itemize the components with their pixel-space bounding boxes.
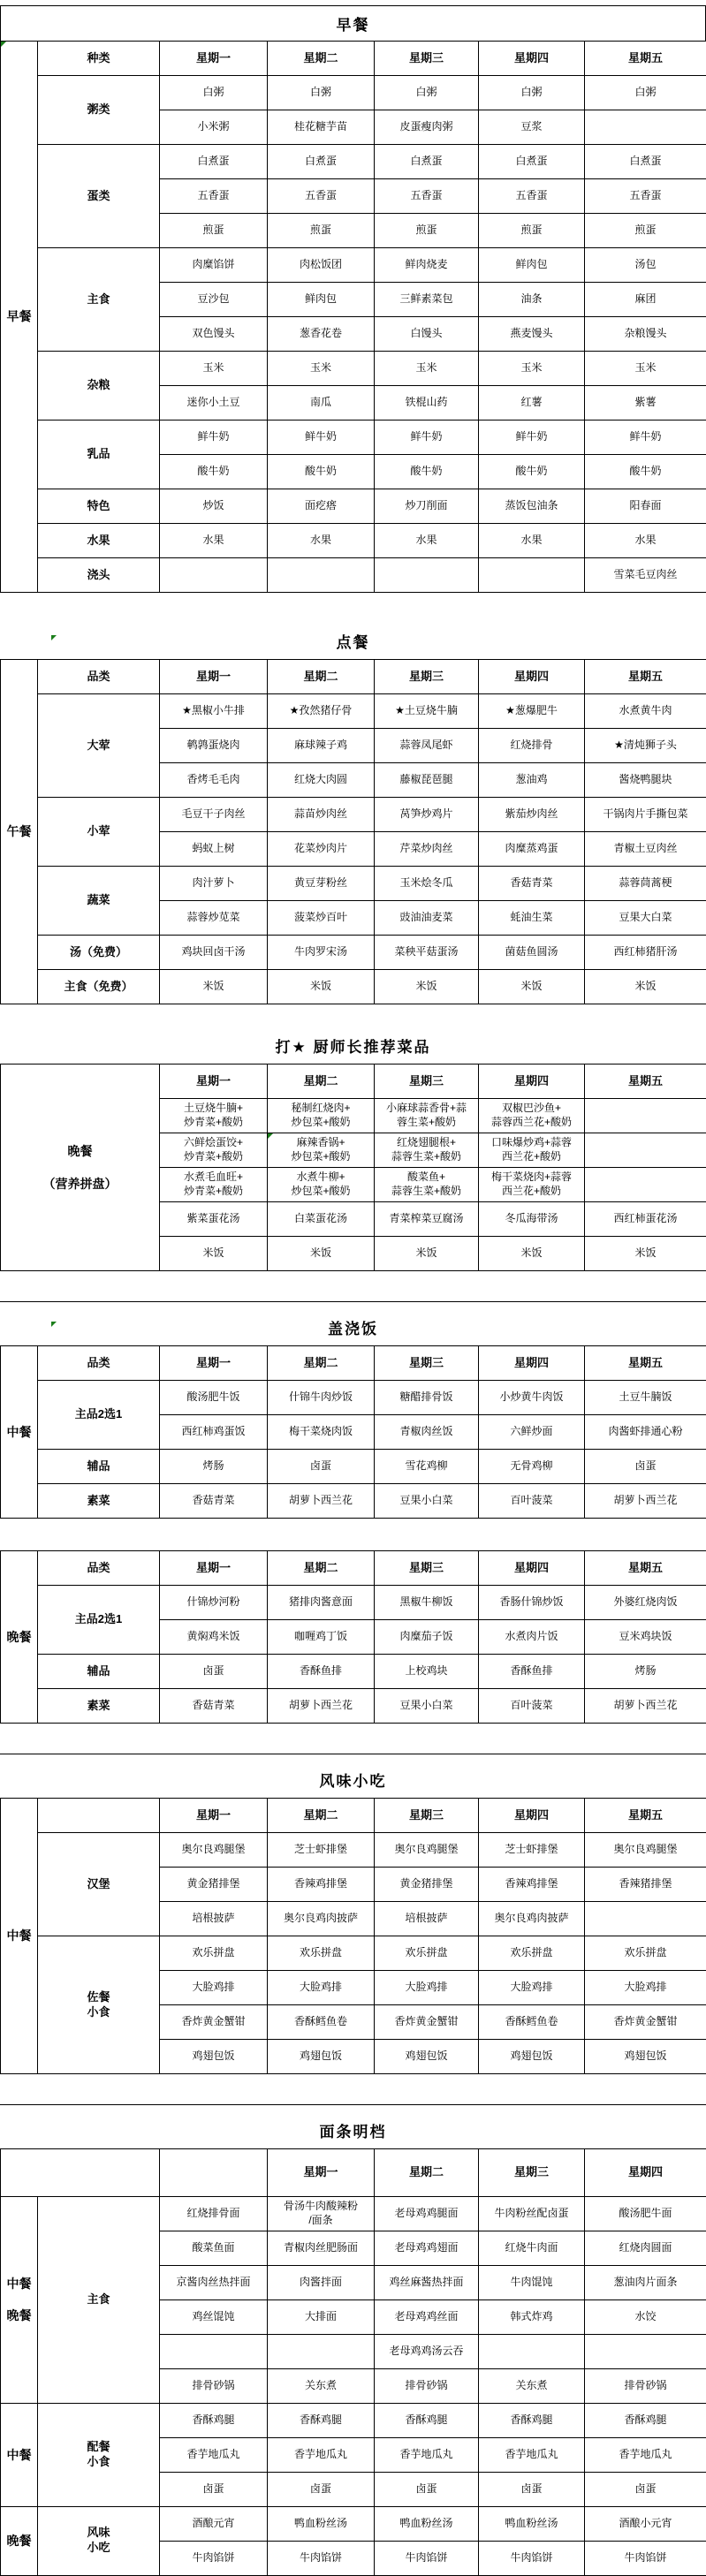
menu-item-cell: 香菇青菜 [160, 1689, 268, 1724]
menu-item-cell: 油条 [479, 283, 585, 317]
category-label: 配餐 小食 [38, 2403, 160, 2506]
menu-item-cell: 鸡块回卤干汤 [160, 936, 268, 970]
menu-item-cell: 汤包 [585, 248, 706, 283]
menu-item-cell [268, 558, 375, 593]
section-divider [0, 1754, 706, 1754]
menu-item-cell: 毛豆干子肉丝 [160, 798, 268, 832]
menu-item-cell: 欢乐拼盘 [160, 1936, 268, 1971]
category-label: 主食 [38, 2196, 160, 2403]
category-label: 汤（免费） [38, 936, 160, 970]
section-title-noodles: 面条明档 [0, 2112, 706, 2148]
menu-item-cell: 秘制红烧肉+ 炒包菜+酸奶 [268, 1099, 375, 1133]
menu-item-cell: 梅干菜烧肉+蒜蓉 西兰花+酸奶 [479, 1168, 585, 1202]
menu-item-cell: 香酥鳕鱼卷 [479, 2005, 585, 2040]
menu-item-cell: 香炸黄金蟹钳 [375, 2005, 479, 2040]
menu-table-breakfast: 早餐种类星期一星期二星期三星期四星期五粥类白粥白粥白粥白粥白粥小米粥桂花糖芋苗皮… [0, 41, 706, 593]
menu-item-cell: 卤蛋 [268, 1450, 375, 1484]
menu-item-cell: 西红柿鸡蛋饭 [160, 1415, 268, 1450]
menu-item-cell: 肉糜馅饼 [160, 248, 268, 283]
menu-item-cell: 白煮蛋 [375, 145, 479, 179]
day-header: 星期四 [479, 42, 585, 76]
menu-item-cell: 豆米鸡块饭 [585, 1620, 706, 1655]
category-header [38, 1799, 160, 1833]
table-row: 辅品烤肠卤蛋雪花鸡柳无骨鸡柳卤蛋 [1, 1450, 706, 1484]
menu-item-cell: 外婆红烧肉饭 [585, 1586, 706, 1620]
menu-item-cell: 肉酱虾排通心粉 [585, 1415, 706, 1450]
menu-item-cell: 迷你小土豆 [160, 386, 268, 420]
menu-item-cell: 米饭 [585, 1237, 706, 1271]
table-row: 佐餐 小食欢乐拼盘欢乐拼盘欢乐拼盘欢乐拼盘欢乐拼盘 [1, 1936, 706, 1971]
menu-table-gaijiaofan-lunch: 中餐品类星期一星期二星期三星期四星期五主品2选1酸汤肥牛饭什锦牛肉炒饭糖醋排骨饭… [0, 1345, 706, 1519]
table-row: 主食（免费）米饭米饭米饭米饭米饭 [1, 970, 706, 1004]
menu-item-cell [479, 558, 585, 593]
category-header: 种类 [38, 42, 160, 76]
menu-item-cell: 香酥鱼排 [479, 1655, 585, 1689]
menu-item-cell: 糖醋排骨饭 [375, 1381, 479, 1415]
menu-table-chef-recommend: 晚餐 （营养拼盘）星期一星期二星期三星期四星期五土豆烧牛腩+ 炒青菜+酸奶秘制红… [0, 1064, 706, 1271]
category-label: 乳品 [38, 420, 160, 489]
menu-item-cell: 老母鸡鸡腿面 [375, 2196, 479, 2231]
table-row: 杂粮玉米玉米玉米玉米玉米 [1, 352, 706, 386]
day-header: 星期四 [479, 660, 585, 694]
menu-item-cell: 鸡翅包饭 [160, 2040, 268, 2074]
menu-item-cell: 麻球辣子鸡 [268, 729, 375, 763]
menu-item-cell: 奥尔良鸡肉披萨 [479, 1902, 585, 1936]
menu-item-cell: 豆果小白菜 [375, 1689, 479, 1724]
menu-item-cell: 卤蛋 [160, 2472, 268, 2506]
menu-item-cell: 牛肉馅饼 [585, 2541, 706, 2575]
menu-item-cell: 酸汤肥牛饭 [160, 1381, 268, 1415]
menu-item-cell: 白煮蛋 [585, 145, 706, 179]
menu-item-cell: 香炸黄金蟹钳 [585, 2005, 706, 2040]
menu-item-cell: 米饭 [479, 970, 585, 1004]
menu-item-cell: 香酥鸡腿 [375, 2403, 479, 2437]
day-header: 星期三 [375, 1551, 479, 1586]
menu-item-cell: 麻辣香锅+ 炒包菜+酸奶 [268, 1133, 375, 1168]
table-row: 主品2选1酸汤肥牛饭什锦牛肉炒饭糖醋排骨饭小炒黄牛肉饭土豆牛腩饭 [1, 1381, 706, 1415]
menu-item-cell: 六鲜炒面 [479, 1415, 585, 1450]
table-row: 浇头雪菜毛豆肉丝 [1, 558, 706, 593]
menu-item-cell: 培根披萨 [375, 1902, 479, 1936]
table-header-row: 中餐品类星期一星期二星期三星期四星期五 [1, 1346, 706, 1381]
menu-item-cell: ★黑椒小牛排 [160, 694, 268, 729]
menu-item-cell: 紫薯 [585, 386, 706, 420]
menu-item-cell: 水果 [160, 524, 268, 558]
menu-item-cell: 米饭 [585, 970, 706, 1004]
day-header: 星期二 [268, 660, 375, 694]
category-label: 粥类 [38, 76, 160, 145]
menu-item-cell [375, 558, 479, 593]
menu-item-cell: 香辣鸡排堡 [479, 1868, 585, 1902]
menu-item-cell: 五香蛋 [375, 179, 479, 214]
day-header: 星期二 [375, 2149, 479, 2197]
menu-item-cell: 玉米 [160, 352, 268, 386]
header-spacer [1, 2149, 160, 2197]
menu-item-cell: 卤蛋 [585, 1450, 706, 1484]
menu-item-cell: 鲜肉烧麦 [375, 248, 479, 283]
category-label: 汉堡 [38, 1833, 160, 1936]
menu-item-cell: 煎蛋 [160, 214, 268, 248]
table-row: 辅品卤蛋香酥鱼排上校鸡块香酥鱼排烤肠 [1, 1655, 706, 1689]
menu-item-cell: 百叶菠菜 [479, 1484, 585, 1519]
table-row: 素菜香菇青菜胡萝卜西兰花豆果小白菜百叶菠菜胡萝卜西兰花 [1, 1689, 706, 1724]
menu-item-cell: 莴笋炒鸡片 [375, 798, 479, 832]
meal-label: 中餐 [1, 1799, 38, 2074]
category-label: 辅品 [38, 1655, 160, 1689]
day-header: 星期五 [585, 1551, 706, 1586]
menu-item-cell: 鹌鹑蛋烧肉 [160, 729, 268, 763]
table-row: 乳品鲜牛奶鲜牛奶鲜牛奶鲜牛奶鲜牛奶 [1, 420, 706, 455]
menu-item-cell [268, 2334, 375, 2368]
menu-item-cell: 青椒土豆肉丝 [585, 832, 706, 867]
section-chef-recommend: 打★ 厨师长推荐菜品晚餐 （营养拼盘）星期一星期二星期三星期四星期五土豆烧牛腩+… [0, 1027, 706, 1271]
menu-item-cell: 玉米 [479, 352, 585, 386]
section-title-snacks: 风味小吃 [0, 1762, 706, 1798]
meal-label: 午餐 [1, 660, 38, 1004]
menu-item-cell: 鲜牛奶 [585, 420, 706, 455]
menu-item-cell: 水果 [375, 524, 479, 558]
table-row: 汉堡奥尔良鸡腿堡芝士虾排堡奥尔良鸡腿堡芝士虾排堡奥尔良鸡腿堡 [1, 1833, 706, 1868]
menu-item-cell: 米饭 [160, 970, 268, 1004]
menu-item-cell: 香芋地瓜丸 [479, 2437, 585, 2472]
menu-item-cell: 酸菜鱼+ 蒜蓉生菜+酸奶 [375, 1168, 479, 1202]
menu-item-cell: 五香蛋 [585, 179, 706, 214]
category-header: 品类 [38, 1346, 160, 1381]
menu-item-cell: 香酥鸡腿 [479, 2403, 585, 2437]
category-label: 蛋类 [38, 145, 160, 248]
section-title-breakfast: 早餐 [0, 5, 706, 41]
day-header: 星期二 [268, 1551, 375, 1586]
menu-item-cell: 蚂蚁上树 [160, 832, 268, 867]
menu-item-cell [585, 1168, 706, 1202]
menu-item-cell: 奥尔良鸡腿堡 [160, 1833, 268, 1868]
menu-item-cell: 蒜蓉茼蒿梗 [585, 867, 706, 901]
menu-item-cell: 肉松饭团 [268, 248, 375, 283]
menu-table-lunch-order: 午餐品类星期一星期二星期三星期四星期五大荤★黑椒小牛排★孜然猪仔骨★土豆烧牛腩★… [0, 659, 706, 1004]
category-label: 素菜 [38, 1484, 160, 1519]
menu-item-cell: 排骨砂锅 [585, 2368, 706, 2403]
menu-item-cell: ★土豆烧牛腩 [375, 694, 479, 729]
day-header: 星期一 [160, 1551, 268, 1586]
table-header-row: 中餐星期一星期二星期三星期四星期五 [1, 1799, 706, 1833]
menu-item-cell: 鸡翅包饭 [268, 2040, 375, 2074]
menu-item-cell: 青椒肉丝肥肠面 [268, 2231, 375, 2265]
menu-item-cell: 炒饭 [160, 489, 268, 524]
day-header: 星期四 [479, 1799, 585, 1833]
menu-table-gaijiaofan-dinner: 晚餐品类星期一星期二星期三星期四星期五主品2选1什锦炒河粉猪排肉酱意面黑椒牛柳饭… [0, 1550, 706, 1724]
menu-item-cell: 香芋地瓜丸 [160, 2437, 268, 2472]
menu-item-cell [585, 2334, 706, 2368]
menu-item-cell: 皮蛋瘦肉粥 [375, 110, 479, 145]
menu-item-cell: ★葱爆肥牛 [479, 694, 585, 729]
menu-item-cell: 土豆烧牛腩+ 炒青菜+酸奶 [160, 1099, 268, 1133]
menu-item-cell: 水果 [585, 524, 706, 558]
menu-item-cell: 老母鸡鸡翅面 [375, 2231, 479, 2265]
menu-item-cell: 红烧翅腿根+ 蒜蓉生菜+酸奶 [375, 1133, 479, 1168]
day-header: 星期五 [585, 1064, 706, 1099]
menu-item-cell: 鲜牛奶 [375, 420, 479, 455]
menu-item-cell: 鸭血粉丝汤 [268, 2506, 375, 2541]
category-label: 大荤 [38, 694, 160, 798]
menu-item-cell: 猪排肉酱意面 [268, 1586, 375, 1620]
category-label: 水果 [38, 524, 160, 558]
menu-item-cell: 酒酿元宵 [160, 2506, 268, 2541]
section-noodles: 面条明档星期一星期二星期三星期四星期五中餐 晚餐主食红烧排骨面骨汤牛肉酸辣粉 /… [0, 2104, 706, 2576]
day-header: 星期五 [585, 660, 706, 694]
menu-item-cell: 蒸饭包油条 [479, 489, 585, 524]
menu-item-cell: 鸭血粉丝汤 [375, 2506, 479, 2541]
menu-item-cell: 黄金猪排堡 [375, 1868, 479, 1902]
category-header [160, 2149, 268, 2197]
menu-item-cell: 芝士虾排堡 [479, 1833, 585, 1868]
menu-item-cell: 香烤毛毛肉 [160, 763, 268, 798]
menu-item-cell: 大脸鸡排 [160, 1971, 268, 2005]
menu-item-cell: 米饭 [268, 1237, 375, 1271]
menu-item-cell: 奥尔良鸡腿堡 [585, 1833, 706, 1868]
menu-item-cell: 香炸黄金蟹钳 [160, 2005, 268, 2040]
menu-item-cell: 西红柿蛋花汤 [585, 1202, 706, 1237]
menu-item-cell: 香酥鸡腿 [268, 2403, 375, 2437]
menu-item-cell [160, 558, 268, 593]
menu-item-cell: 小米粥 [160, 110, 268, 145]
menu-item-cell: 水饺 [585, 2299, 706, 2334]
menu-item-cell: 菠菜炒百叶 [268, 901, 375, 936]
menu-item-cell: 菌菇鱼圆汤 [479, 936, 585, 970]
section-divider [0, 2104, 706, 2105]
menu-item-cell: 口味爆炒鸡+蒜蓉 西兰花+酸奶 [479, 1133, 585, 1168]
menu-item-cell: ★孜然猪仔骨 [268, 694, 375, 729]
menu-item-cell: 上校鸡块 [375, 1655, 479, 1689]
menu-item-cell: 西红柿猪肝汤 [585, 936, 706, 970]
menu-item-cell: 牛肉馅饼 [268, 2541, 375, 2575]
menu-item-cell: 大脸鸡排 [479, 1971, 585, 2005]
category-label: 风味 小吃 [38, 2506, 160, 2575]
menu-item-cell: 胡萝卜西兰花 [268, 1689, 375, 1724]
menu-item-cell: 骨汤牛肉酸辣粉 /面条 [268, 2196, 375, 2231]
menu-item-cell: 香辣鸡排堡 [268, 1868, 375, 1902]
menu-item-cell: 玉米 [375, 352, 479, 386]
menu-item-cell: 关东煮 [479, 2368, 585, 2403]
day-header: 星期五 [585, 42, 706, 76]
menu-item-cell: 排骨砂锅 [375, 2368, 479, 2403]
section-breakfast: 早餐早餐种类星期一星期二星期三星期四星期五粥类白粥白粥白粥白粥白粥小米粥桂花糖芋… [0, 5, 706, 593]
day-header: 星期四 [479, 1551, 585, 1586]
menu-item-cell: 白粥 [375, 76, 479, 110]
category-label: 特色 [38, 489, 160, 524]
category-label: 蔬菜 [38, 867, 160, 936]
menu-item-cell: 卤蛋 [479, 2472, 585, 2506]
menu-item-cell: 牛肉馅饼 [160, 2541, 268, 2575]
menu-item-cell: 酸牛奶 [268, 455, 375, 489]
table-row: 蛋类白煮蛋白煮蛋白煮蛋白煮蛋白煮蛋 [1, 145, 706, 179]
menu-item-cell: 酸牛奶 [375, 455, 479, 489]
menu-item-cell: 百叶菠菜 [479, 1689, 585, 1724]
menu-item-cell: 肉酱拌面 [268, 2265, 375, 2299]
menu-item-cell: 烤肠 [585, 1655, 706, 1689]
menu-item-cell: 老母鸡鸡丝面 [375, 2299, 479, 2334]
menu-item-cell: 煎蛋 [268, 214, 375, 248]
menu-item-cell: 五香蛋 [160, 179, 268, 214]
menu-item-cell: 奥尔良鸡肉披萨 [268, 1902, 375, 1936]
menu-item-cell: 铁棍山药 [375, 386, 479, 420]
menu-item-cell: 南瓜 [268, 386, 375, 420]
table-row: 素菜香菇青菜胡萝卜西兰花豆果小白菜百叶菠菜胡萝卜西兰花 [1, 1484, 706, 1519]
menu-item-cell: 玉米烩冬瓜 [375, 867, 479, 901]
day-header: 星期一 [160, 1064, 268, 1099]
category-label: 杂粮 [38, 352, 160, 420]
category-label: 主食（免费） [38, 970, 160, 1004]
meal-label: 中餐 [1, 1346, 38, 1519]
menu-table-noodles: 星期一星期二星期三星期四星期五中餐 晚餐主食红烧排骨面骨汤牛肉酸辣粉 /面条老母… [0, 2148, 706, 2576]
menu-item-cell: 什锦牛肉炒饭 [268, 1381, 375, 1415]
table-row: 水果水果水果水果水果水果 [1, 524, 706, 558]
menu-item-cell: 葱油肉片面条 [585, 2265, 706, 2299]
table-row: 粥类白粥白粥白粥白粥白粥 [1, 76, 706, 110]
menu-item-cell: 米饭 [268, 970, 375, 1004]
menu-item-cell: 卤蛋 [160, 1655, 268, 1689]
menu-item-cell: 煎蛋 [585, 214, 706, 248]
menu-item-cell: 白粥 [479, 76, 585, 110]
menu-item-cell: 肉糜茄子饭 [375, 1620, 479, 1655]
day-header: 星期一 [268, 2149, 375, 2197]
menu-item-cell: 藤椒琵琶腿 [375, 763, 479, 798]
menu-item-cell: 水煮肉片饭 [479, 1620, 585, 1655]
menu-item-cell: 白粥 [585, 76, 706, 110]
table-header-row: 午餐品类星期一星期二星期三星期四星期五 [1, 660, 706, 694]
menu-item-cell: 红烧牛肉面 [479, 2231, 585, 2265]
meal-label: 晚餐 [1, 2506, 38, 2575]
menu-item-cell: 葱香花卷 [268, 317, 375, 352]
menu-item-cell: 雪菜毛豆肉丝 [585, 558, 706, 593]
category-header: 品类 [38, 1551, 160, 1586]
menu-item-cell: 紫茄炒肉丝 [479, 798, 585, 832]
day-header: 星期三 [375, 1346, 479, 1381]
menu-item-cell: 卤蛋 [375, 2472, 479, 2506]
menu-item-cell: 鸭血粉丝汤 [479, 2506, 585, 2541]
menu-item-cell: 烤肠 [160, 1450, 268, 1484]
menu-item-cell: 蒜蓉炒苋菜 [160, 901, 268, 936]
meal-label: 早餐 [1, 42, 38, 593]
menu-item-cell: 什锦炒河粉 [160, 1586, 268, 1620]
category-label: 主品2选1 [38, 1586, 160, 1655]
menu-item-cell: 杂粮馒头 [585, 317, 706, 352]
category-label: 主品2选1 [38, 1381, 160, 1450]
day-header: 星期一 [160, 1346, 268, 1381]
menu-item-cell: 红烧排骨面 [160, 2196, 268, 2231]
menu-item-cell: 豆沙包 [160, 283, 268, 317]
menu-item-cell: 双椒巴沙鱼+ 蒜蓉西兰花+酸奶 [479, 1099, 585, 1133]
menu-item-cell: 鲜肉包 [479, 248, 585, 283]
menu-item-cell: 水煮黄牛肉 [585, 694, 706, 729]
menu-item-cell: 欢乐拼盘 [375, 1936, 479, 1971]
menu-item-cell: 燕麦馒头 [479, 317, 585, 352]
menu-item-cell: 鲜牛奶 [268, 420, 375, 455]
menu-item-cell: 五香蛋 [479, 179, 585, 214]
menu-item-cell: 排骨砂锅 [160, 2368, 268, 2403]
table-row: 蔬菜肉汁萝卜黄豆芽粉丝玉米烩冬瓜香菇青菜蒜蓉茼蒿梗 [1, 867, 706, 901]
day-header: 星期三 [375, 1064, 479, 1099]
menu-item-cell: 鸡翅包饭 [479, 2040, 585, 2074]
day-header: 星期四 [479, 1346, 585, 1381]
menu-item-cell: 青菜榨菜豆腐汤 [375, 1202, 479, 1237]
menu-item-cell: 豆果大白菜 [585, 901, 706, 936]
menu-item-cell: 白粥 [268, 76, 375, 110]
category-header: 品类 [38, 660, 160, 694]
menu-item-cell: 三鲜素菜包 [375, 283, 479, 317]
menu-item-cell [479, 2334, 585, 2368]
menu-item-cell: 黑椒牛柳饭 [375, 1586, 479, 1620]
table-row: 晚餐风味 小吃酒酿元宵鸭血粉丝汤鸭血粉丝汤鸭血粉丝汤酒酿小元宵 [1, 2506, 706, 2541]
menu-item-cell: 香辣猪排堡 [585, 1868, 706, 1902]
menu-item-cell: 香芋地瓜丸 [375, 2437, 479, 2472]
menu-item-cell: 米饭 [375, 1237, 479, 1271]
menu-item-cell: 水煮毛血旺+ 炒青菜+酸奶 [160, 1168, 268, 1202]
menu-item-cell: 干锅肉片手撕包菜 [585, 798, 706, 832]
section-title-gaijiaofan-lunch: 盖浇饭 [0, 1309, 706, 1345]
menu-item-cell: ★清炖狮子头 [585, 729, 706, 763]
menu-item-cell: 紫菜蛋花汤 [160, 1202, 268, 1237]
menu-item-cell: 大脸鸡排 [585, 1971, 706, 2005]
menu-item-cell: 葱油鸡 [479, 763, 585, 798]
menu-item-cell: 老母鸡鸡汤云吞 [375, 2334, 479, 2368]
menu-item-cell: 鸡翅包饭 [585, 2040, 706, 2074]
menu-item-cell: 牛肉罗宋汤 [268, 936, 375, 970]
menu-item-cell: 香肠什锦炒饭 [479, 1586, 585, 1620]
table-row: 主食肉糜馅饼肉松饭团鲜肉烧麦鲜肉包汤包 [1, 248, 706, 283]
menu-item-cell: 香酥鸡腿 [585, 2403, 706, 2437]
menu-item-cell: 酒酿小元宵 [585, 2506, 706, 2541]
day-header: 星期五 [585, 1799, 706, 1833]
section-title-lunch-order: 点餐 [0, 623, 706, 659]
menu-item-cell: 黄焖鸡米饭 [160, 1620, 268, 1655]
menu-item-cell: 香酥鳕鱼卷 [268, 2005, 375, 2040]
menu-item-cell: 米饭 [479, 1237, 585, 1271]
menu-item-cell: 冬瓜海带汤 [479, 1202, 585, 1237]
menu-item-cell: 牛肉馅饼 [375, 2541, 479, 2575]
menu-item-cell: 白馒头 [375, 317, 479, 352]
menu-item-cell: 红薯 [479, 386, 585, 420]
menu-item-cell: 鲜牛奶 [160, 420, 268, 455]
table-header-row: 早餐种类星期一星期二星期三星期四星期五 [1, 42, 706, 76]
section-gaijiaofan-dinner: 晚餐品类星期一星期二星期三星期四星期五主品2选1什锦炒河粉猪排肉酱意面黑椒牛柳饭… [0, 1550, 706, 1724]
day-header: 星期一 [160, 1799, 268, 1833]
day-header: 星期二 [268, 1064, 375, 1099]
section-title-chef-recommend: 打★ 厨师长推荐菜品 [0, 1027, 706, 1064]
day-header: 星期二 [268, 1799, 375, 1833]
menu-item-cell: 六鲜烩蛋饺+ 炒青菜+酸奶 [160, 1133, 268, 1168]
menu-item-cell: 米饭 [160, 1237, 268, 1271]
menu-item-cell: 蚝油生菜 [479, 901, 585, 936]
menu-item-cell: 花菜炒肉片 [268, 832, 375, 867]
day-header: 星期一 [160, 660, 268, 694]
day-header: 星期三 [375, 42, 479, 76]
menu-item-cell: 咖喱鸡丁饭 [268, 1620, 375, 1655]
category-label: 浇头 [38, 558, 160, 593]
menu-table-snacks: 中餐星期一星期二星期三星期四星期五汉堡奥尔良鸡腿堡芝士虾排堡奥尔良鸡腿堡芝士虾排… [0, 1798, 706, 2074]
menu-item-cell: 煎蛋 [479, 214, 585, 248]
menu-item-cell: 芹菜炒肉丝 [375, 832, 479, 867]
menu-item-cell [585, 1133, 706, 1168]
day-header: 星期三 [375, 660, 479, 694]
menu-item-cell: 卤蛋 [585, 2472, 706, 2506]
category-label: 佐餐 小食 [38, 1936, 160, 2074]
meal-label: 晚餐 [1, 1551, 38, 1724]
menu-item-cell: 水果 [479, 524, 585, 558]
day-header: 星期一 [160, 42, 268, 76]
menu-item-cell: 鸡翅包饭 [375, 2040, 479, 2074]
menu-spreadsheet: 早餐早餐种类星期一星期二星期三星期四星期五粥类白粥白粥白粥白粥白粥小米粥桂花糖芋… [0, 0, 706, 2576]
menu-item-cell: 大脸鸡排 [268, 1971, 375, 2005]
